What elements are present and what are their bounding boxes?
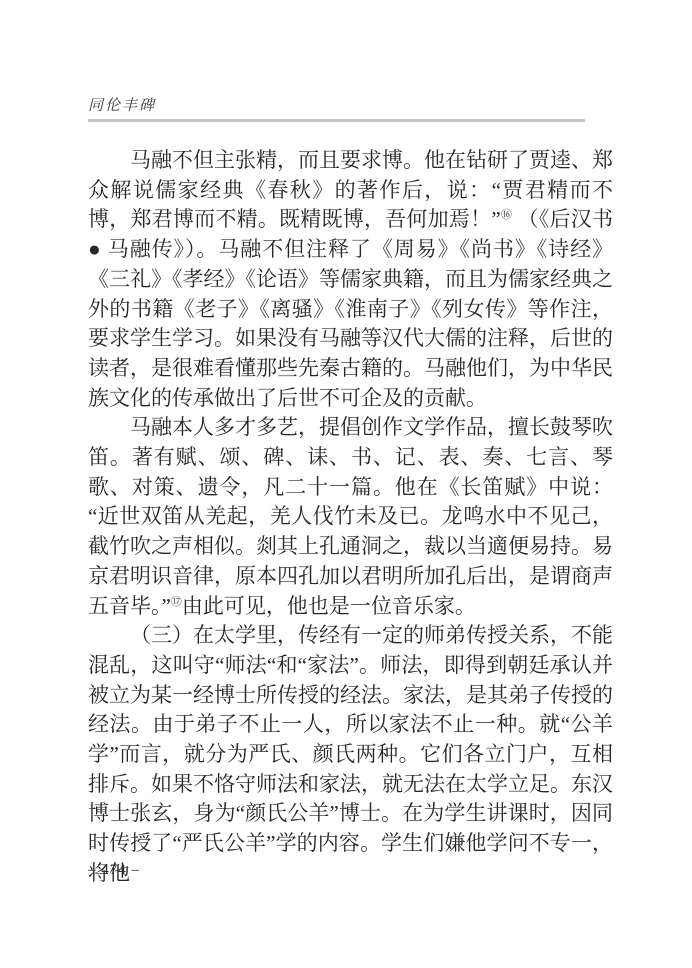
footnote-ref: ⑯: [501, 209, 512, 221]
paragraph: 马融不但主张精，而且要求博。他在钻研了贾逵、郑众解说儒家经典《春秋》的著作后，说…: [88, 146, 613, 413]
body-text: 马融不但主张精，而且要求博。他在钻研了贾逵、郑众解说儒家经典《春秋》的著作后，说…: [88, 146, 613, 889]
footnote-ref: ⑰: [171, 596, 182, 608]
header-rule: [88, 119, 585, 122]
book-page: 同伦丰碑 马融不但主张精，而且要求博。他在钻研了贾逵、郑众解说儒家经典《春秋》的…: [0, 0, 692, 968]
running-header: 同伦丰碑: [88, 94, 156, 115]
paragraph: （三）在太学里，传经有一定的师弟传授关系，不能混乱，这叫守“师法“和“家法”。师…: [88, 621, 613, 888]
paragraph: 马融本人多才多艺，提倡创作文学作品，擅长鼓琴吹笛。著有赋、颂、碑、诔、书、记、表…: [88, 413, 613, 621]
page-number: – 474 –: [88, 862, 140, 879]
